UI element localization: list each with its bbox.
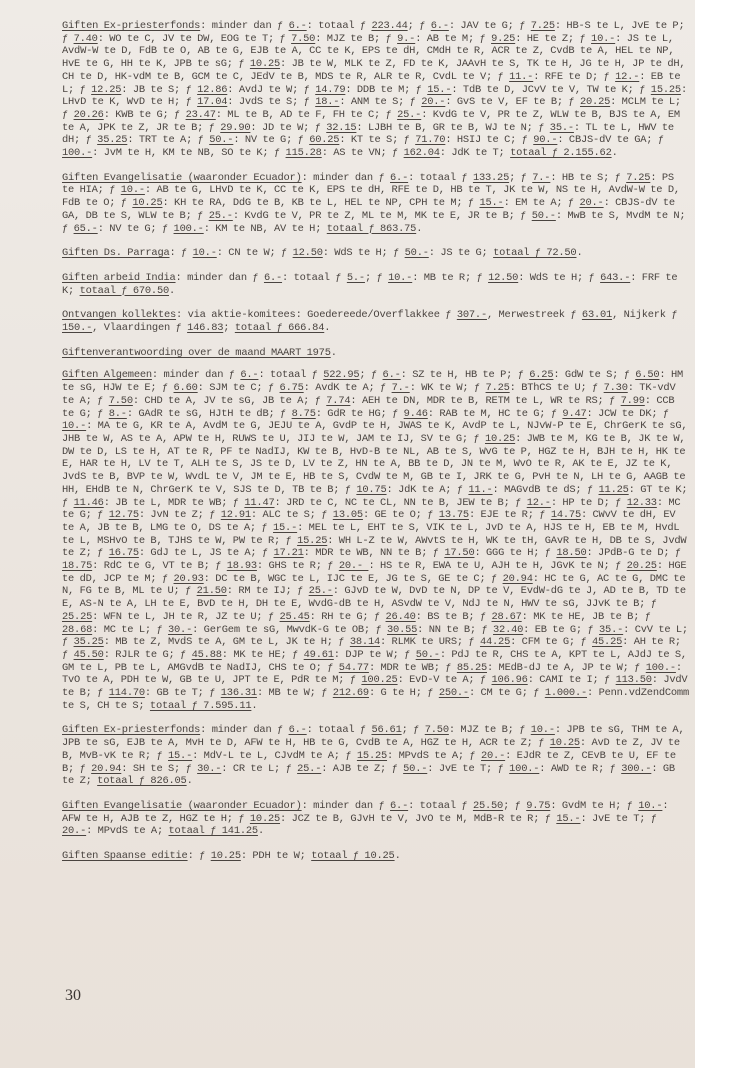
amount: totaal ƒ 72.50 [493,247,576,259]
amount: totaal ƒ 826.05 [97,775,186,787]
amount: 12.91 [221,509,251,521]
entry-text: : minder dan ƒ [200,724,288,736]
amount: 15.- [273,522,297,534]
entry-text: : CBJS-dV te GA; ƒ [557,134,664,146]
entry-text: : CR te L; ƒ [221,763,297,775]
amount: 13.75 [439,509,469,521]
amount: 7.50 [425,724,449,736]
entry-text: : ML te B, AD te F, FH te C; ƒ [216,109,397,121]
entry-text: : AvdK te A; ƒ [304,382,392,394]
entry-text: ; [223,322,235,334]
entry-text: : MB te Z, MvdS te A, GM te L, JK te H; … [104,636,350,648]
entry-text: , Vlaardingen ƒ [92,322,187,334]
entry-text: : minder dan ƒ [152,369,240,381]
amount: 50.- [405,247,429,259]
entry-text: : GB te T; ƒ [145,687,221,699]
entry-text: : JPdB-G te D; ƒ [587,547,681,559]
amount: 6.- [390,172,408,184]
entry-text: : EvD-V te A; ƒ [398,674,492,686]
amount: 12.86 [197,84,227,96]
amount: 15.25 [357,750,387,762]
donation-section: Giften Ex-priesterfonds: minder dan ƒ 6.… [62,724,690,788]
entry-text: : KH te RA, DdG te B, KB te L, HEL te NP… [162,197,479,209]
amount: 23.47 [186,109,216,121]
entry-text: : AWD te R; ƒ [539,763,621,775]
amount: 7.99 [621,395,645,407]
donation-section: Giften Evangelisatie (waaronder Ecuador)… [62,172,690,236]
entry-text: : NV te G; ƒ [233,134,309,146]
entry-text: : MB te W; ƒ [257,687,333,699]
entry-text: : AB te M; ƒ [415,33,491,45]
entry-text: : GerGem te sG, MwvdK-G te OB; ƒ [192,624,387,636]
entry-text: : ƒ [188,850,211,862]
entry-text: . [612,147,618,159]
entry-text: : WdS te H; ƒ [518,272,600,284]
entry-text: : RJLR te G; ƒ [104,649,192,661]
amount: 114.70 [109,687,145,699]
amount: 30.55 [387,624,417,636]
entry-text: . [169,285,175,297]
amount: 6.- [383,369,401,381]
amount: 113.50 [616,674,652,686]
amount: 71.70 [415,134,445,146]
amount: 17.21 [274,547,304,559]
amount: 11.- [468,484,492,496]
amount: 35.25 [97,134,127,146]
entry-text: : JvE te T; ƒ [427,763,509,775]
entry-text: : via aktie-komitees: Goedereede/Overfla… [176,309,457,321]
amount: 25.- [309,585,333,597]
entry-text: , Merwestreek ƒ [487,309,582,321]
entry-text: : GdR te HG; ƒ [316,408,404,420]
amount: 10.25 [132,197,162,209]
entry-text: : RAB te M, HC te G; ƒ [428,408,563,420]
amount: 15.25 [297,535,327,547]
amount: 20.26 [74,109,104,121]
amount: 90.- [533,134,557,146]
amount: 9.- [397,33,415,45]
entry-text: : CM te G; ƒ [469,687,545,699]
amount: 8.- [109,408,127,420]
entry-text: : AS te VN; ƒ [322,147,404,159]
amount: 49.61 [304,649,334,661]
amount: 7.25 [626,172,650,184]
amount: 11.- [509,71,533,83]
amount: 643.- [600,272,630,284]
amount: 45.88 [192,649,222,661]
section-heading: Giften Spaanse editie [62,850,188,862]
entry-text: : RdC te G, VT te B; ƒ [92,560,227,572]
amount: 54.77 [339,662,369,674]
amount: 300.- [621,763,651,775]
amount: 18.93 [227,560,257,572]
entry-text: : AJB te Z; ƒ [321,763,403,775]
amount: 10.- [638,800,662,812]
amount: 12.50 [293,247,323,259]
amount: 18.50 [556,547,586,559]
entry-text: ƒ [277,20,289,32]
entry-text: : MDR te WB, NN te B; ƒ [304,547,445,559]
amount: 15.25 [651,84,681,96]
entry-text: : WFN te L, JH te R, JZ te U; ƒ [92,611,279,623]
entry-text: : EJE te R; ƒ [469,509,551,521]
amount: 522.95 [323,369,359,381]
entry-text: : SZ te H, HB te P; ƒ [401,369,530,381]
entry-text: : WK te W; ƒ [410,382,486,394]
amount: 25.25 [62,611,92,623]
entry-text: : CN te W; ƒ [217,247,293,259]
amount: 10.25 [485,433,515,445]
amount: 25.45 [280,611,310,623]
amount: 14.75 [551,509,581,521]
document-page: Giften Ex-priesterfonds: minder dan ƒ 6.… [0,0,695,1068]
entry-text: : minder dan ƒ [176,272,264,284]
entry-text: , Nijkerk ƒ [612,309,677,321]
amount: 6.- [390,800,408,812]
entry-text: ; ƒ [359,369,382,381]
section-heading: Giften arbeid India [62,272,176,284]
amount: 35.- [550,122,574,134]
entry-text: : CHD te A, JV te sG, JB te A; ƒ [133,395,326,407]
donation-section: Giften arbeid India: minder dan ƒ 6.-: t… [62,272,690,297]
amount: 10.25 [250,813,280,825]
amount: 30.- [197,763,221,775]
amount: 106.96 [492,674,528,686]
amount: 60.25 [309,134,339,146]
entry-text: : DJP te W; ƒ [334,649,416,661]
entry-text: : JdK te T; [440,147,510,159]
amount: 100.25 [361,674,397,686]
amount: 10.- [193,247,217,259]
amount: 85.25 [457,662,487,674]
entry-text: . [187,775,193,787]
amount: 10.25 [550,737,580,749]
amount: 10.- [121,184,145,196]
entry-text: : JRD te C, NC te CL, NN te B, JEW te B;… [275,497,527,509]
entry-text: : HE te Z; ƒ [515,33,591,45]
amount: 45.50 [74,649,104,661]
entry-text: ; ƒ [365,272,388,284]
entry-text: : JB te S; ƒ [121,84,197,96]
entry-text: : EB te G; ƒ [523,624,599,636]
entry-text: : JdK te A; ƒ [387,484,469,496]
entry-text: : KM te NB, AV te H; [204,223,327,235]
entry-text: : JvN te Z; ƒ [139,509,221,521]
entry-text: : GHS te R; ƒ [257,560,339,572]
amount: 1.000.- [545,687,587,699]
entry-text: : MK te HE; ƒ [222,649,304,661]
amount: 7.25 [486,382,510,394]
entry-text: : ƒ [170,247,193,259]
amount: 15.- [427,84,451,96]
amount: 100.- [62,147,92,159]
entry-text: : JD te W; ƒ [250,122,326,134]
amount: 50.- [209,134,233,146]
entry-text: : CFM te G; ƒ [510,636,592,648]
entry-text: : NV te G; ƒ [98,223,174,235]
amount: 25.- [209,210,233,222]
entry-text: : SH te S; ƒ [121,763,197,775]
amount: 65.- [74,223,98,235]
amount: 15.- [479,197,503,209]
section-heading: Giftenverantwoording over de maand MAART… [62,347,331,359]
entry-text: : GdJ te L, JS te A; ƒ [139,547,274,559]
amount: 11.46 [74,497,104,509]
amount: 9.75 [526,800,550,812]
amount: 20.93 [174,573,204,585]
amount: 32.40 [493,624,523,636]
amount: 7.40 [74,33,98,45]
amount: 45.25 [592,636,622,648]
amount: 6.75 [280,382,304,394]
entry-text: : JvdS te S; ƒ [227,96,315,108]
entry-text: : RFE te D; ƒ [533,71,615,83]
amount: 11.25 [599,484,629,496]
amount: 212.69 [333,687,369,699]
section-heading: Giften Ds. Parraga [62,247,170,259]
entry-text: : KWB te G; ƒ [104,109,186,121]
entry-text: : GdW te S; ƒ [553,369,635,381]
entry-text: : RM te IJ; ƒ [227,585,309,597]
amount: 10.- [62,420,86,432]
amount: totaal ƒ 2.155.62 [510,147,611,159]
entry-text: : AEH te DN, MDR te B, RETM te L, WR te … [350,395,620,407]
amount: totaal ƒ 666.84 [235,322,324,334]
entry-text: : MPvdS te A; [86,825,168,837]
donation-section: Giften Ex-priesterfonds: minder dan ƒ 6.… [62,20,690,160]
entry-text: : ALC te S; ƒ [251,509,333,521]
amount: totaal ƒ 863.75 [327,223,416,235]
amount: 6.- [431,20,449,32]
amount: 20.- [421,96,445,108]
amount: 12.- [527,497,551,509]
amount: 35.25 [74,636,104,648]
entry-text: : GvS te V, EF te B; ƒ [445,96,580,108]
amount: 6.25 [529,369,553,381]
amount: totaal ƒ 7.595.11 [150,700,251,712]
amount: 10.- [388,272,412,284]
amount: 17.04 [197,96,227,108]
amount: 7.- [532,172,550,184]
amount: 250.- [439,687,469,699]
donation-section: Giften Algemeen: minder dan ƒ 6.-: totaa… [62,369,690,712]
section-heading: Giften Evangelisatie (waaronder Ecuador) [62,172,302,184]
entry-text: . [324,322,330,334]
entry-text: . [416,223,422,235]
amount: 25.50 [473,800,503,812]
entry-text: : MJZ te B; ƒ [449,724,531,736]
donation-section: Giften Evangelisatie (waaronder Ecuador)… [62,800,690,838]
entry-text: : MB te R; ƒ [412,272,488,284]
amount: 38.14 [350,636,380,648]
entry-text: : CAMI te I; ƒ [528,674,616,686]
entry-text: : TdB te D, JCvV te V, TW te K; ƒ [451,84,650,96]
section-heading: Giften Evangelisatie (waaronder Ecuador) [62,800,302,812]
amount: 15.- [556,813,580,825]
amount: 10.25 [250,58,280,70]
amount: 6.- [240,369,258,381]
amount: 9.47 [562,408,586,420]
entry-text: : totaal ƒ [408,800,473,812]
amount: 12.- [615,71,639,83]
entry-text: : RLMK te URS; ƒ [380,636,480,648]
entry-text: : JvE te T; ƒ [580,813,656,825]
entry-text: : JvM te H, KM te NB, SO te K; ƒ [92,147,285,159]
donation-section: Giften Spaanse editie: ƒ 10.25: PDH te W… [62,850,690,863]
entry-text: : GGG te H; ƒ [474,547,556,559]
amount: 44.25 [480,636,510,648]
entry-text: : SJM te C; ƒ [198,382,280,394]
entry-text: ; ƒ [402,724,425,736]
amount: 50.- [416,649,440,661]
amount: 35.- [599,624,623,636]
amount: 10.- [591,33,615,45]
entry-text: : G te H; ƒ [369,687,439,699]
entry-text: : minder dan ƒ [302,172,390,184]
amount: 7.30 [604,382,628,394]
entry-text: : EM te A; ƒ [504,197,580,209]
entry-text: : JCW te DK; ƒ [587,408,669,420]
amount: 20.- [481,750,505,762]
amount: 7.74 [326,395,350,407]
amount: 12.25 [91,84,121,96]
amount: 12.33 [627,497,657,509]
amount: 7.- [392,382,410,394]
amount: 20.- [62,825,86,837]
entry-text: : WO te C, JV te DW, EOG te T; ƒ [98,33,291,45]
entry-text: . [331,347,337,359]
entry-text: ; ƒ [503,800,526,812]
entry-text: . [258,825,264,837]
amount: 28.68 [62,624,92,636]
amount: 14.79 [315,84,345,96]
amount: 12.75 [109,509,139,521]
amount: 6.- [289,724,307,736]
entry-text: : RH te G; ƒ [310,611,386,623]
amount: 20.- [579,197,603,209]
amount: 25.- [397,109,421,121]
amount: 223.44 [371,20,407,32]
donation-section: Ontvangen kollektes: via aktie-komitees:… [62,309,690,334]
entry-text: : GE te O; ƒ [363,509,439,521]
amount: 7.50 [109,395,133,407]
amount: totaal ƒ 10.25 [311,850,394,862]
entry-text: : WdS te H; ƒ [323,247,405,259]
entry-text: : AvdJ te W; ƒ [227,84,315,96]
amount: 56.61 [371,724,401,736]
entry-text: : LJBH te B, GR te B, WJ te N; ƒ [356,122,549,134]
amount: 8.75 [292,408,316,420]
entry-text: : KT te S; ƒ [339,134,415,146]
page-number: 30 [65,987,81,1005]
entry-text: . [395,850,401,862]
amount: 6.- [289,20,307,32]
entry-text: : JS te G; [429,247,493,259]
entry-text: : KvdG te V, PR te Z, ML te M, MK te E, … [233,210,532,222]
amount: 10.25 [211,850,241,862]
amount: 20.94 [91,763,121,775]
entry-text: : MAGvdB te dS; ƒ [493,484,599,496]
amount: 63.01 [582,309,612,321]
entry-text: : GvdM te H; ƒ [550,800,638,812]
amount: 20.- [339,560,369,572]
entry-text: : GAdR te sG, HJtH te dB; ƒ [127,408,292,420]
donation-section: Giften Ds. Parraga: ƒ 10.-: CN te W; ƒ 1… [62,247,690,260]
entry-text: : HB te S; ƒ [550,172,626,184]
amount: 50.- [403,763,427,775]
amount: 17.50 [444,547,474,559]
amount: 13.05 [333,509,363,521]
amount: 10.75 [356,484,386,496]
entry-text: : MdV-L te L, CJvdM te A; ƒ [192,750,357,762]
entry-text: : HP te D; ƒ [551,497,627,509]
entry-text: : NN te B; ƒ [417,624,493,636]
entry-text: : totaal ƒ [307,724,372,736]
amount: 100.- [509,763,539,775]
amount: 9.46 [404,408,428,420]
entry-text: : minder dan [200,20,277,32]
amount: 100.- [174,223,204,235]
entry-text: : JAV te G; ƒ [449,20,531,32]
entry-text: . [576,247,582,259]
amount: 50.- [532,210,556,222]
amount: 20.94 [503,573,533,585]
entry-text: : totaal ƒ [258,369,323,381]
entry-text: : MJZ te B; ƒ [315,33,397,45]
entry-text: : minder dan ƒ [302,800,390,812]
entry-text: : MPvdS te A; ƒ [387,750,481,762]
amount: 136.31 [221,687,257,699]
entry-text: : MK te HE, JB te B; ƒ [522,611,651,623]
amount: 6.60 [174,382,198,394]
amount: 6.50 [635,369,659,381]
entry-text: : JB te L, MDR te WB; ƒ [104,497,245,509]
entry-text: : PDH te W; [241,850,311,862]
amount: 100.- [646,662,676,674]
amount: 10.- [531,724,555,736]
amount: 133.25 [473,172,509,184]
amount: 26.40 [386,611,416,623]
amount: 307.- [457,309,487,321]
entry-text: ; ƒ [509,172,532,184]
amount: 18.- [315,96,339,108]
section-heading: Giften Algemeen [62,369,152,381]
amount: 11.47 [244,497,274,509]
section-heading: Giften Ex-priesterfonds [62,724,200,736]
entry-text: : DC te B, WGC te L, IJC te E, JG te S, … [204,573,503,585]
amount: 150.- [62,322,92,334]
amount: 9.25 [491,33,515,45]
amount: 12.50 [488,272,518,284]
amount: 25.- [297,763,321,775]
entry-text: . [251,700,257,712]
entry-text: : totaal ƒ [282,272,347,284]
section-heading: Giften Ex-priesterfonds [62,20,200,32]
entry-text: : JCZ te B, GJvH te V, JvO te M, MdB-R t… [280,813,556,825]
entry-text: : TRT te A; ƒ [127,134,209,146]
entry-text: : BS te B; ƒ [416,611,492,623]
entry-text: : DDB te M; ƒ [345,84,427,96]
amount: 28.67 [492,611,522,623]
entry-text: : BThCS te U; ƒ [510,382,604,394]
amount: 6.- [264,272,282,284]
amount: 20.25 [627,560,657,572]
entry-text: ; ƒ [408,20,431,32]
amount: 7.25 [531,20,555,32]
amount: 7.50 [291,33,315,45]
entry-text: : totaal ƒ [307,20,372,32]
section-heading: Ontvangen kollektes [62,309,176,321]
